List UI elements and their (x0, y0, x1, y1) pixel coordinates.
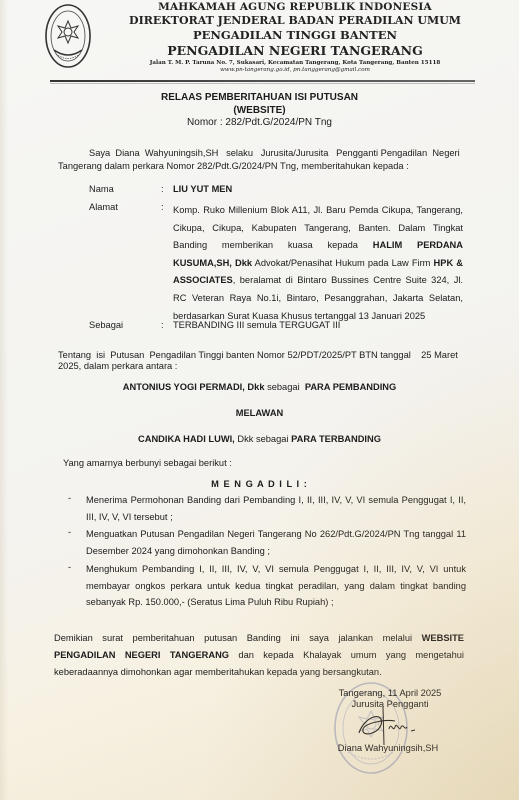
bullet-dash-icon: - (68, 562, 71, 572)
bullet-dash-icon: - (68, 527, 71, 537)
address-text-2: Advokat/Penasihat Hukum pada Law Firm (252, 258, 433, 268)
appellant-name: ANTONIUS YOGI PERMADI, Dkk (123, 382, 265, 392)
handwritten-signature-icon (355, 705, 425, 745)
role-colon: : (161, 320, 164, 330)
appellant-line: ANTONIUS YOGI PERMADI, Dkk sebagai PARA … (0, 382, 519, 392)
appellant-mid: sebagai (264, 382, 304, 392)
ruling-heading: M E N G A D I L I : (0, 479, 519, 489)
letterhead-divider (50, 80, 475, 82)
decision-intro-line-2: 2025, dalam perkara antara : (58, 361, 488, 372)
appellant-role: PARA PEMBANDING (305, 382, 396, 392)
letterhead-web: www.pn-tangerang.go.id, pn.tanggerang@gm… (100, 67, 490, 74)
closing-text-1: Demikian surat pemberitahuan putusan Ban… (54, 633, 422, 643)
letterhead-line-1: MAHKAMAH AGUNG REPUBLIK INDONESIA (100, 1, 490, 14)
document-number: Nomor : 282/Pdt.G/2024/PN Tng (0, 117, 519, 128)
intro-line-1: Saya Diana Wahyuningsih,SH selaku Jurusi… (89, 147, 489, 160)
ruling-item-3: Menghukum Pembanding I, II, III, IV, V, … (86, 561, 466, 611)
court-emblem-icon (44, 2, 92, 70)
signature-place-date: Tangerang, 11 April 2025 (320, 688, 460, 699)
ruling-intro: Yang amarnya berbunyi sebagai berikut : (63, 457, 232, 470)
respondent-name: CANDIKA HADI LUWI, (138, 434, 235, 444)
address-colon: : (161, 202, 164, 212)
intro-line-2: Tangerang dalam perkara Nomor 282/Pdt.G/… (58, 160, 478, 173)
document-subtitle: (WEBSITE) (0, 105, 519, 116)
ruling-item-1: Menerima Permohonan Banding dari Pemband… (86, 492, 466, 525)
recipient-role: TERBANDING III semula TERGUGAT III (173, 320, 340, 330)
respondent-role: PARA TERBANDING (291, 434, 381, 444)
document-title: RELAAS PEMBERITAHUAN ISI PUTUSAN (0, 92, 519, 103)
bullet-dash-icon: - (68, 493, 71, 503)
letterhead-divider-thin (50, 83, 475, 84)
recipient-name: LIU YUT MEN (173, 184, 232, 194)
name-label: Nama (89, 184, 114, 194)
versus-label: MELAWAN (0, 408, 519, 418)
letterhead-line-4: PENGADILAN NEGERI TANGERANG (100, 43, 490, 59)
role-label: Sebagai (89, 320, 123, 330)
ruling-item-2: Menguatkan Putusan Pengadilan Negeri Tan… (86, 526, 466, 559)
respondent-mid: Dkk sebagai (235, 434, 291, 444)
name-colon: : (161, 184, 164, 194)
respondent-line: CANDIKA HADI LUWI, Dkk sebagai PARA TERB… (0, 434, 519, 444)
decision-intro-line-1: Tentang isi Putusan Pengadilan Tinggi ba… (58, 350, 488, 361)
closing-paragraph: Demikian surat pemberitahuan putusan Ban… (54, 630, 464, 681)
signature-position: Jurusita Pengganti (320, 699, 460, 710)
letterhead-address: Jalan T. M. P. Taruna No. 7, Sukasari, K… (100, 59, 490, 67)
signatory-name: Diana Wahyuningsih,SH (318, 743, 458, 754)
document-page: MAHKAMAH AGUNG REPUBLIK INDONESIA DIREKT… (0, 0, 519, 800)
recipient-address: Komp. Ruko Millenium Blok A11, Jl. Baru … (173, 202, 463, 325)
letterhead-line-3: PENGADILAN TINGGI BANTEN (100, 28, 490, 43)
address-label: Alamat (89, 202, 118, 212)
letterhead-line-2: DIREKTORAT JENDERAL BADAN PERADILAN UMUM (100, 14, 490, 28)
letterhead: MAHKAMAH AGUNG REPUBLIK INDONESIA DIREKT… (100, 0, 490, 74)
